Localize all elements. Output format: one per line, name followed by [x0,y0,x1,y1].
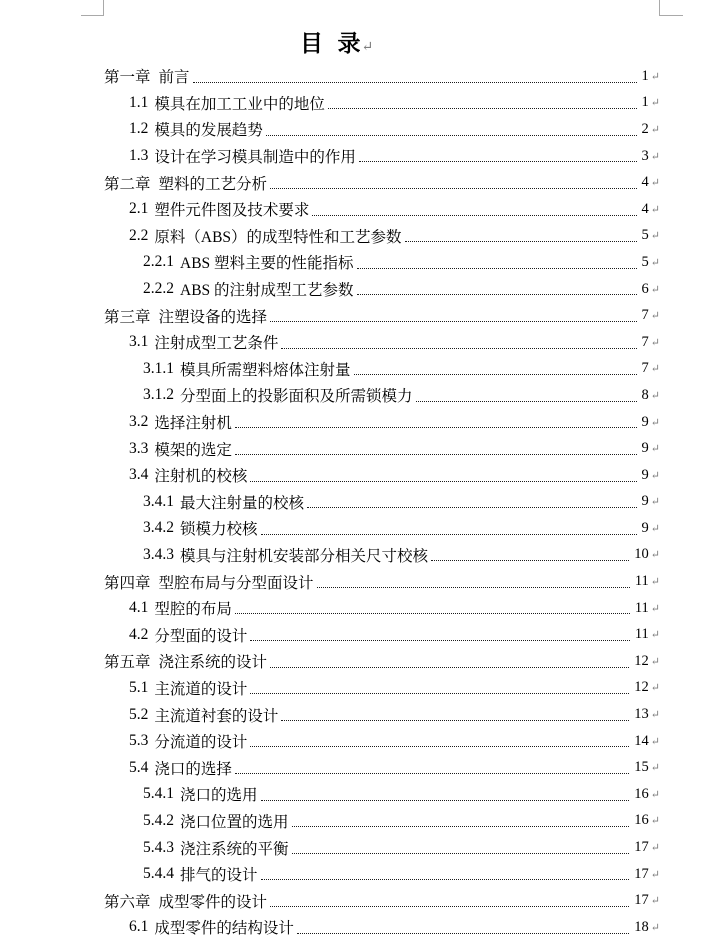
toc-entry[interactable]: 5.3 分流道的设计 14 ↵ [104,728,660,755]
toc-entry[interactable]: 第六章 成型零件的设计 17 ↵ [104,887,660,914]
toc-entry-title: 分型面上的投影面积及所需锁模力 [180,384,413,406]
toc-entry-number: 3.2 [129,413,148,431]
text-boundary-mark-top-left-icon [81,0,104,16]
toc-entry-title: 原料（ABS）的成型特性和工艺参数 [154,225,401,247]
toc-entry-number: 3.4.3 [143,546,174,564]
dotted-leader [431,560,629,561]
toc-page-number: 4 [642,201,649,218]
toc-page-number: 10 [634,546,649,563]
toc-entry[interactable]: 3.1.2 分型面上的投影面积及所需锁模力 8 ↵ [104,382,660,409]
dotted-leader [416,401,637,402]
toc-entry[interactable]: 3.4 注射机的校核 9 ↵ [104,462,660,489]
toc-entry-number: 6.1 [129,918,148,936]
dotted-leader [359,161,637,162]
toc-page-number: 12 [634,653,649,670]
toc-entry[interactable]: 5.4.4 排气的设计 17 ↵ [104,861,660,888]
dotted-leader [317,587,630,588]
toc-entry-title: 浇注系统的平衡 [180,837,289,859]
toc-page-number: 2 [642,121,649,138]
toc-page-number: 14 [634,733,649,750]
toc-entry-title: 模具的发展趋势 [154,118,263,140]
toc-entry[interactable]: 3.3 模架的选定 9 ↵ [104,435,660,462]
toc-entry-title: 成型零件的结构设计 [154,916,294,938]
toc-entry-title: 主流道的设计 [154,677,247,699]
toc-entry[interactable]: 2.1 塑件元件图及技术要求 4 ↵ [104,196,660,223]
document-page: 目 录↵ 第一章 前言 1 ↵ 1.1 模具在加工工业中的地位 1 ↵ 1.2 … [0,0,707,938]
toc-entry[interactable]: 第五章 浇注系统的设计 12 ↵ [104,648,660,675]
toc-entry-number: 1.3 [129,147,148,165]
paragraph-mark-icon: ↵ [651,416,660,429]
dotted-leader [235,427,637,428]
paragraph-mark-icon: ↵ [651,362,660,375]
toc-entry-number: 5.4.4 [143,865,174,883]
paragraph-mark-icon: ↵ [651,150,660,163]
toc-entry-number: 2.2 [129,227,148,245]
toc-page-number: 16 [634,812,649,829]
toc-entry-number: 2.2.1 [143,253,174,271]
paragraph-mark-icon: ↵ [651,708,660,721]
dotted-leader [193,82,637,83]
toc-page-number: 5 [642,227,649,244]
toc-entry-number: 3.4.1 [143,493,174,511]
toc-entry-title: 注射成型工艺条件 [154,331,278,353]
toc-entry-title: 型腔布局与分型面设计 [159,571,314,593]
toc-entry-title: 成型零件的设计 [159,890,268,912]
paragraph-mark-icon: ↵ [651,229,660,242]
toc-page-number: 11 [635,573,649,590]
paragraph-mark-icon: ↵ [651,681,660,694]
dotted-leader [270,188,637,189]
toc-page-number: 5 [642,254,649,271]
toc-entry-title: 浇注系统的设计 [159,650,268,672]
toc-entry[interactable]: 3.2 选择注射机 9 ↵ [104,409,660,436]
dotted-leader [235,454,637,455]
paragraph-mark-icon: ↵ [651,96,660,109]
toc-entry-number: 第六章 [104,890,151,912]
dotted-leader [250,746,629,747]
toc-entry-number: 3.3 [129,440,148,458]
toc-entry-number: 第一章 [104,65,151,87]
paragraph-mark-icon: ↵ [651,309,660,322]
paragraph-mark-icon: ↵ [651,602,660,615]
toc-entry[interactable]: 第四章 型腔布局与分型面设计 11 ↵ [104,568,660,595]
toc-entry[interactable]: 1.2 模具的发展趋势 2 ↵ [104,116,660,143]
dotted-leader [235,613,630,614]
toc-entry-number: 3.4 [129,466,148,484]
dotted-leader [292,853,630,854]
toc-entry-number: 4.1 [129,599,148,617]
toc-entry[interactable]: 1.1 模具在加工工业中的地位 1 ↵ [104,90,660,117]
toc-page-number: 9 [642,414,649,431]
toc-page-number: 16 [634,786,649,803]
toc-entry-title: 设计在学习模具制造中的作用 [154,145,356,167]
toc-entry[interactable]: 第二章 塑料的工艺分析 4 ↵ [104,169,660,196]
toc-page-number: 17 [634,866,649,883]
toc-entry-number: 第三章 [104,305,151,327]
dotted-leader [357,268,637,269]
toc-entry-title: ABS 的注射成型工艺参数 [180,278,354,300]
toc-entry-title: 型腔的布局 [154,597,232,619]
dotted-leader [261,879,630,880]
toc-entry-number: 2.2.2 [143,280,174,298]
dotted-leader [281,720,629,721]
toc-entry-title: 分流道的设计 [154,730,247,752]
toc-page-number: 7 [642,360,649,377]
paragraph-mark-icon: ↵ [651,735,660,748]
toc-page-number: 9 [642,440,649,457]
toc-page-number: 12 [634,679,649,696]
toc-entry-title: 排气的设计 [180,863,258,885]
toc-entry-number: 5.4.2 [143,812,174,830]
toc-entry-title: 最大注射量的校核 [180,491,304,513]
dotted-leader [250,640,629,641]
toc-entry-number: 3.4.2 [143,519,174,537]
toc-entry[interactable]: 5.4.2 浇口位置的选用 16 ↵ [104,808,660,835]
text-boundary-mark-top-right-icon [659,0,683,16]
toc-entry[interactable]: 第一章 前言 1 ↵ [104,63,660,90]
toc-entry[interactable]: 5.1 主流道的设计 12 ↵ [104,675,660,702]
dotted-leader [328,108,637,109]
paragraph-mark-icon: ↵ [651,575,660,588]
page-title[interactable]: 目 录↵ [300,25,373,58]
toc-entry-number: 1.2 [129,120,148,138]
dotted-leader [354,374,637,375]
paragraph-mark-icon: ↵ [651,522,660,535]
toc-page-number: 11 [635,626,649,643]
toc-entry[interactable]: 5.4.3 浇注系统的平衡 17 ↵ [104,834,660,861]
paragraph-mark-icon: ↵ [651,655,660,668]
toc-entry[interactable]: 2.2.1 ABS 塑料主要的性能指标 5 ↵ [104,249,660,276]
dotted-leader [405,241,637,242]
paragraph-mark-icon: ↵ [651,814,660,827]
toc-entry[interactable]: 3.1 注射成型工艺条件 7 ↵ [104,329,660,356]
dotted-leader [250,693,629,694]
toc-entry-title: 模具所需塑料熔体注射量 [180,358,351,380]
paragraph-mark-icon: ↵ [651,442,660,455]
toc-entry[interactable]: 3.1.1 模具所需塑料熔体注射量 7 ↵ [104,356,660,383]
toc-entry[interactable]: 第三章 注塑设备的选择 7 ↵ [104,302,660,329]
paragraph-mark-icon: ↵ [651,548,660,561]
paragraph-mark-icon: ↵ [651,495,660,508]
toc-page-number: 3 [642,148,649,165]
toc-entry-title: 浇口的选用 [180,783,258,805]
toc-entry[interactable]: 3.4.1 最大注射量的校核 9 ↵ [104,489,660,516]
toc-entry-number: 5.4.1 [143,785,174,803]
toc-entry-number: 5.4.3 [143,839,174,857]
paragraph-mark-icon: ↵ [651,841,660,854]
toc-page-number: 6 [642,281,649,298]
toc-entry-title: 浇口位置的选用 [180,810,289,832]
paragraph-mark-icon: ↵ [362,40,374,55]
dotted-leader [357,294,637,295]
toc-page-number: 9 [642,520,649,537]
toc-page-number: 8 [642,387,649,404]
toc-entry[interactable]: 4.2 分型面的设计 11 ↵ [104,621,660,648]
toc-page-number: 18 [634,919,649,936]
toc-entry[interactable]: 5.2 主流道衬套的设计 13 ↵ [104,701,660,728]
toc-entry[interactable]: 2.2.2 ABS 的注射成型工艺参数 6 ↵ [104,276,660,303]
dotted-leader [266,135,637,136]
paragraph-mark-icon: ↵ [651,203,660,216]
paragraph-mark-icon: ↵ [651,256,660,269]
toc-entry-title: 塑件元件图及技术要求 [154,198,309,220]
toc-entry-title: 主流道衬套的设计 [154,704,278,726]
dotted-leader [292,826,630,827]
dotted-leader [270,906,629,907]
toc-entry-title: 塑料的工艺分析 [159,172,268,194]
dotted-leader [297,933,629,934]
toc-entry[interactable]: 3.4.2 锁模力校核 9 ↵ [104,515,660,542]
dotted-leader [307,507,637,508]
paragraph-mark-icon: ↵ [651,868,660,881]
toc-page-number: 17 [634,892,649,909]
toc-page-number: 1 [642,94,649,111]
toc-page-number: 15 [634,759,649,776]
toc-entry-title: 模具在加工工业中的地位 [154,92,325,114]
toc-entry[interactable]: 6.1 成型零件的结构设计 18 ↵ [104,914,660,938]
toc-entry-number: 4.2 [129,626,148,644]
paragraph-mark-icon: ↵ [651,788,660,801]
table-of-contents: 第一章 前言 1 ↵ 1.1 模具在加工工业中的地位 1 ↵ 1.2 模具的发展… [104,63,660,938]
toc-entry[interactable]: 5.4 浇口的选择 15 ↵ [104,754,660,781]
toc-entry-title: 浇口的选择 [154,757,232,779]
paragraph-mark-icon: ↵ [651,469,660,482]
paragraph-mark-icon: ↵ [651,123,660,136]
toc-entry-title: 分型面的设计 [154,624,247,646]
toc-entry-title: 注射机的校核 [154,464,247,486]
toc-page-number: 7 [642,334,649,351]
dotted-leader [261,534,637,535]
dotted-leader [281,348,636,349]
toc-entry-number: 第二章 [104,172,151,194]
toc-entry-number: 2.1 [129,200,148,218]
dotted-leader [270,321,637,322]
toc-page-number: 13 [634,706,649,723]
toc-entry-number: 第四章 [104,571,151,593]
paragraph-mark-icon: ↵ [651,176,660,189]
toc-entry-title: 注塑设备的选择 [159,305,268,327]
toc-entry-title: 模架的选定 [154,438,232,460]
toc-entry-number: 5.2 [129,706,148,724]
toc-entry-number: 3.1.1 [143,360,174,378]
toc-page-number: 9 [642,493,649,510]
toc-entry[interactable]: 1.3 设计在学习模具制造中的作用 3 ↵ [104,143,660,170]
paragraph-mark-icon: ↵ [651,70,660,83]
paragraph-mark-icon: ↵ [651,894,660,907]
toc-entry[interactable]: 3.4.3 模具与注射机安装部分相关尺寸校核 10 ↵ [104,542,660,569]
toc-page-number: 1 [642,68,649,85]
paragraph-mark-icon: ↵ [651,921,660,934]
toc-entry-title: 锁模力校核 [180,517,258,539]
toc-entry-number: 3.1.2 [143,386,174,404]
toc-entry[interactable]: 4.1 型腔的布局 11 ↵ [104,595,660,622]
dotted-leader [261,800,630,801]
toc-page-number: 4 [642,174,649,191]
paragraph-mark-icon: ↵ [651,389,660,402]
toc-page-number: 11 [635,600,649,617]
toc-entry[interactable]: 5.4.1 浇口的选用 16 ↵ [104,781,660,808]
paragraph-mark-icon: ↵ [651,283,660,296]
toc-page-number: 7 [642,307,649,324]
page-title-text: 目 录 [300,31,362,56]
dotted-leader [235,773,629,774]
paragraph-mark-icon: ↵ [651,336,660,349]
toc-entry-title: 前言 [159,65,190,87]
dotted-leader [250,481,636,482]
toc-entry[interactable]: 2.2 原料（ABS）的成型特性和工艺参数 5 ↵ [104,223,660,250]
toc-entry-number: 1.1 [129,94,148,112]
paragraph-mark-icon: ↵ [651,628,660,641]
toc-entry-title: 选择注射机 [154,411,232,433]
dotted-leader [270,667,629,668]
toc-entry-title: ABS 塑料主要的性能指标 [180,251,354,273]
toc-entry-title: 模具与注射机安装部分相关尺寸校核 [180,544,428,566]
toc-page-number: 9 [642,467,649,484]
dotted-leader [312,215,636,216]
toc-entry-number: 5.3 [129,732,148,750]
toc-entry-number: 第五章 [104,650,151,672]
toc-entry-number: 3.1 [129,333,148,351]
paragraph-mark-icon: ↵ [651,761,660,774]
toc-page-number: 17 [634,839,649,856]
toc-entry-number: 5.1 [129,679,148,697]
toc-entry-number: 5.4 [129,759,148,777]
